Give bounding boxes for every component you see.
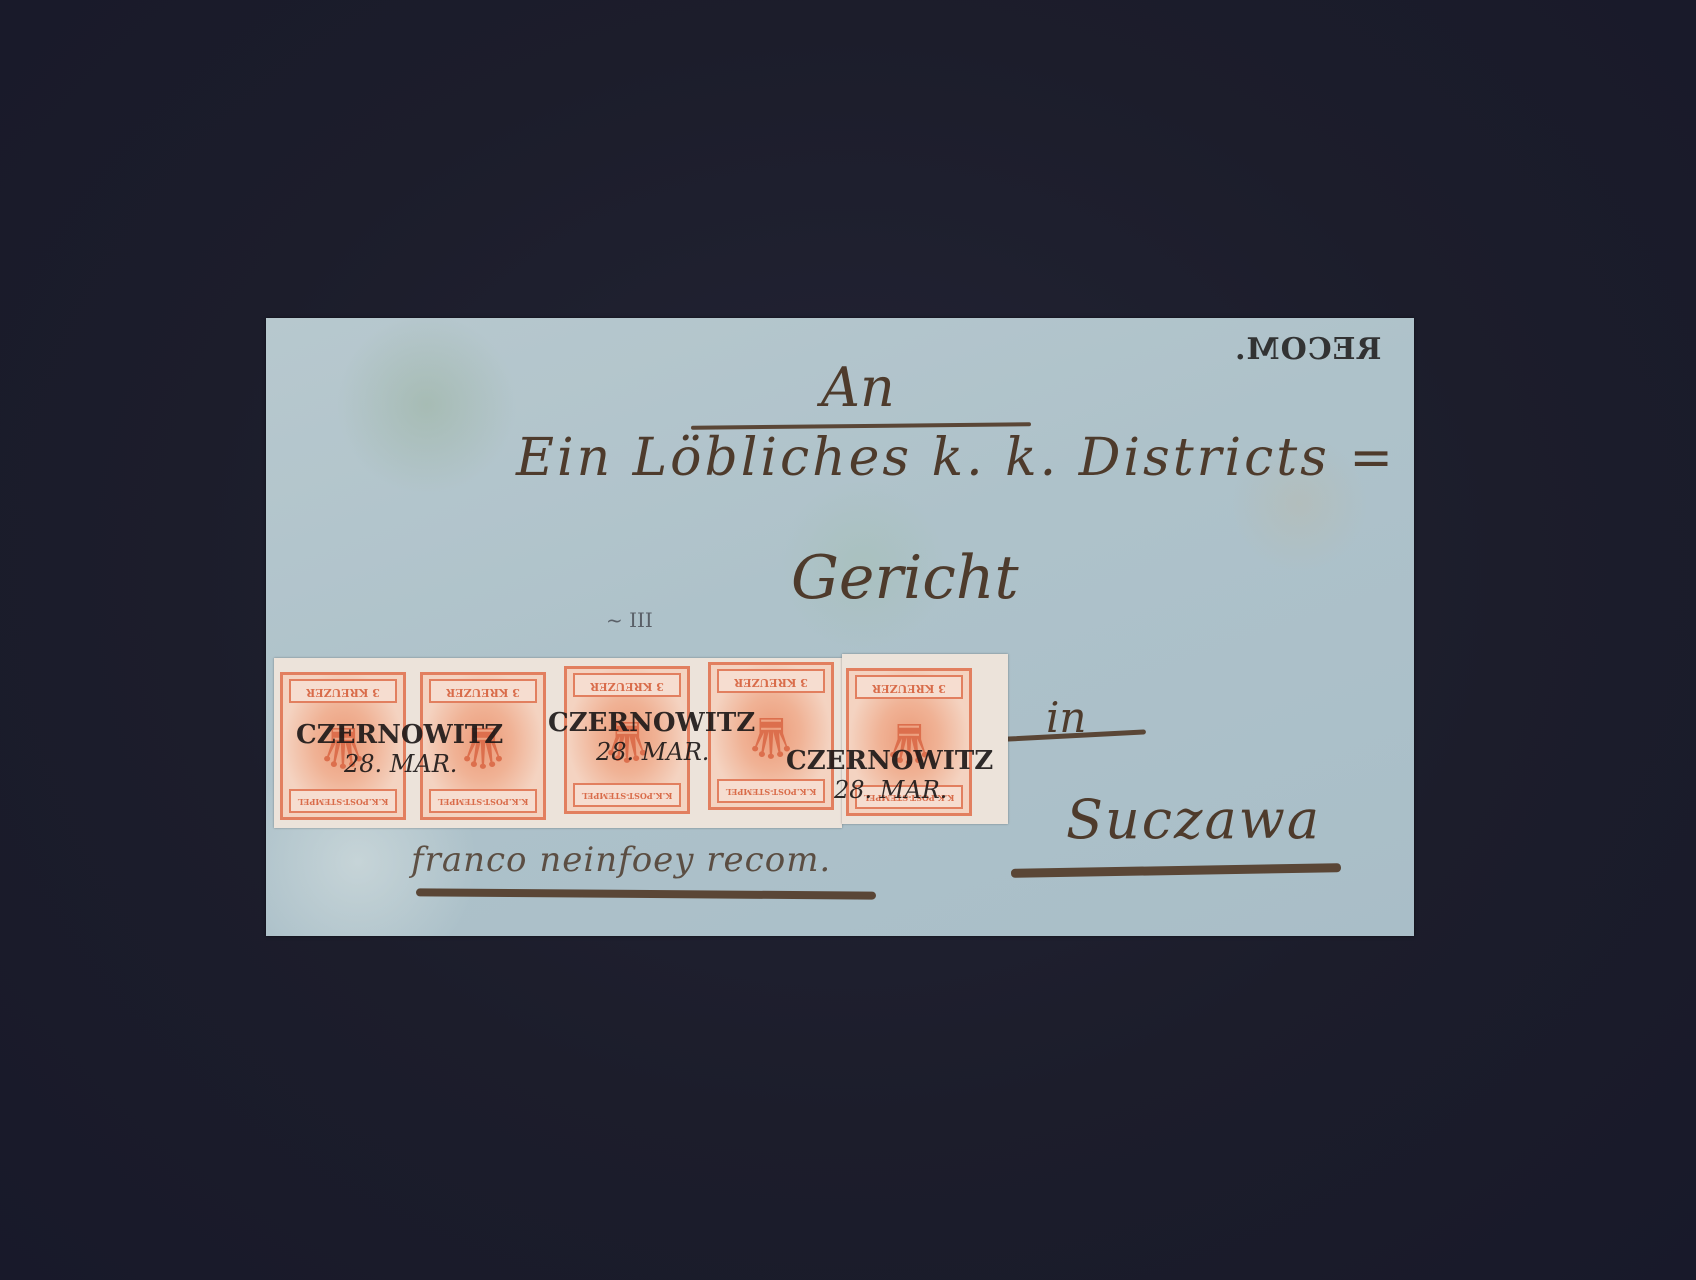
address-line-2: Gericht — [791, 543, 1019, 613]
postmark-town: CZERNOWITZ — [548, 708, 755, 738]
recom-handstamp: RECOM. — [1234, 332, 1381, 367]
postmark: CZERNOWITZ 28. MAR. — [786, 746, 993, 804]
postmark-town: CZERNOWITZ — [296, 720, 503, 750]
address-place: Suczawa — [1066, 788, 1321, 851]
stamp-bottom-label: K.K.POST-STEMPEL — [573, 783, 681, 807]
postmark: CZERNOWITZ 28. MAR. — [548, 708, 755, 766]
postmark-town: CZERNOWITZ — [786, 746, 993, 776]
address-salutation: An — [821, 356, 895, 419]
stamp-value-label: 3 KREUZER — [429, 679, 537, 703]
stamp-value-label: 3 KREUZER — [855, 675, 963, 699]
stamp-bottom-label: K.K.POST-STEMPEL — [289, 789, 397, 813]
franking-note: franco neinfoey recom. — [411, 840, 831, 880]
postal-cover: RECOM. An Ein Löbliches k. k. Districts … — [266, 318, 1414, 936]
stamp-value-label: 3 KREUZER — [573, 673, 681, 697]
postmark-date: 28. MAR. — [834, 776, 993, 804]
pencil-mark: ~ III — [606, 608, 653, 632]
stamp-value-label: 3 KREUZER — [717, 669, 825, 693]
postmark: CZERNOWITZ 28. MAR. — [296, 720, 503, 778]
postmark-date: 28. MAR. — [344, 750, 503, 778]
stamp-bottom-label: K.K.POST-STEMPEL — [429, 789, 537, 813]
underline-note — [416, 888, 876, 899]
address-line-1: Ein Löbliches k. k. Districts = — [516, 428, 1396, 488]
stamp-value-label: 3 KREUZER — [289, 679, 397, 703]
postmark-date: 28. MAR. — [596, 738, 755, 766]
underline-place — [1011, 863, 1341, 878]
